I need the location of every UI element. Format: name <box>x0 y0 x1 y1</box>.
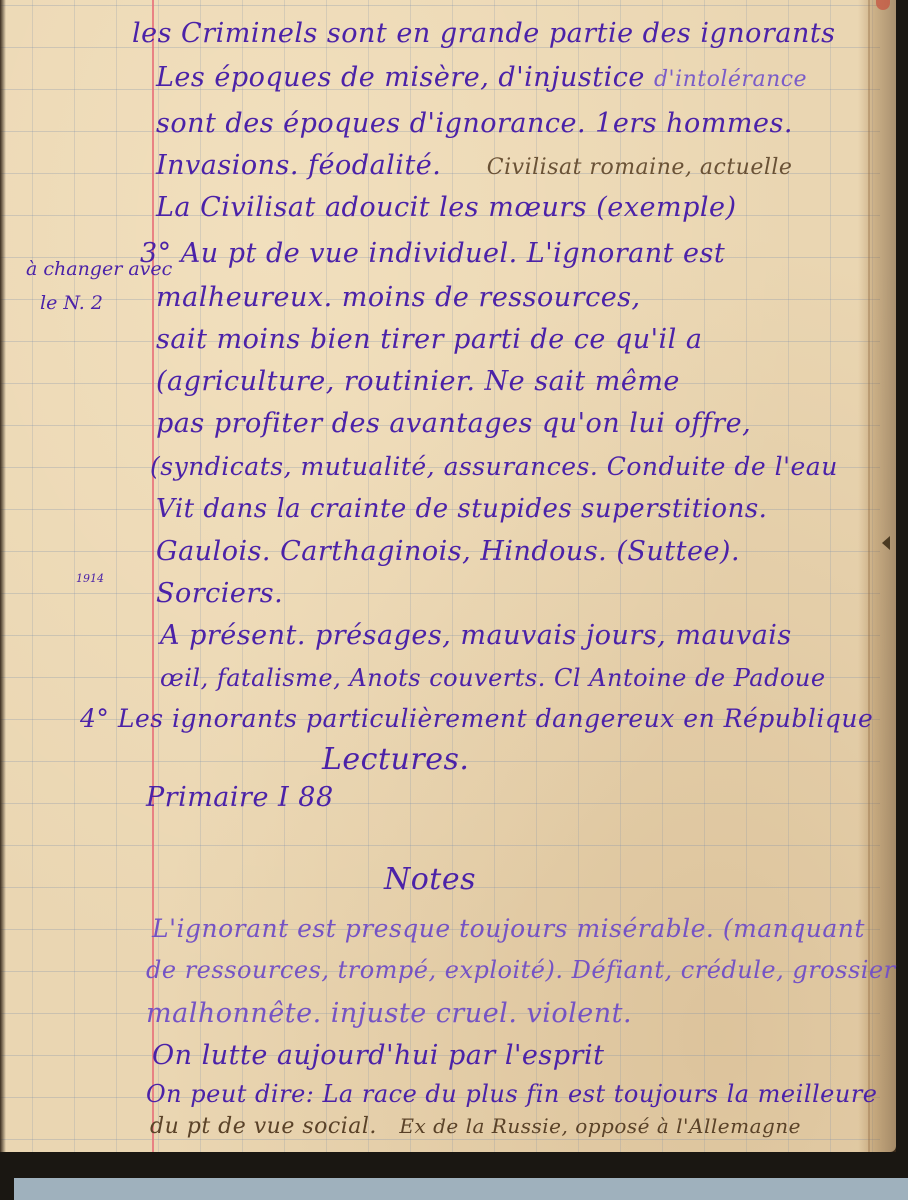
text-line-2-main: Les époques de misère, d'injustice <box>156 62 645 93</box>
text-line-16: œil, fatalisme, Anots couverts. Cl Antoi… <box>160 664 826 692</box>
notes-line-3: malhonnête. injuste cruel. violent. <box>146 998 632 1029</box>
background-surface <box>14 1178 908 1200</box>
text-line-5: La Civilisat adoucit les mœurs (exemple) <box>156 192 737 223</box>
text-line-7: malheureux. moins de ressources, <box>156 282 641 313</box>
text-line-12: Vit dans la crainte de stupides supersti… <box>156 494 767 524</box>
notes-line-6: du pt de vue social. Ex de la Russie, op… <box>150 1114 801 1139</box>
notes-line-2: de ressources, trompé, exploité). Défian… <box>146 956 896 984</box>
text-line-4-main: Invasions. féodalité. <box>156 150 441 181</box>
notes-line-1: L'ignorant est presque toujours misérabl… <box>152 914 865 943</box>
notes-line-5: On peut dire: La race du plus fin est to… <box>146 1080 878 1108</box>
text-line-4: Invasions. féodalité. Civilisat romaine,… <box>156 150 792 181</box>
margin-note-line2: le N. 2 <box>40 292 103 314</box>
heading-lectures: Lectures. <box>322 742 469 777</box>
text-line-11: (syndicats, mutualité, assurances. Condu… <box>150 452 838 481</box>
notes-line-4: On lutte aujourd'hui par l'esprit <box>152 1040 604 1071</box>
text-line-2-extra: d'intolérance <box>654 67 807 92</box>
margin-note-year: 1914 <box>76 572 104 585</box>
notebook-page: à changer avec le N. 2 1914 les Criminel… <box>0 0 896 1152</box>
text-line-4-extra: Civilisat romaine, actuelle <box>487 155 793 180</box>
text-line-2: Les époques de misère, d'injustice d'int… <box>156 62 807 93</box>
text-line-14: Sorciers. <box>156 578 283 609</box>
text-line-17: 4° Les ignorants particulièrement danger… <box>80 704 873 733</box>
notes-line-6-extra: Ex de la Russie, opposé à l'Allemagne <box>399 1114 801 1138</box>
text-line-1: les Criminels sont en grande partie des … <box>132 18 836 49</box>
text-line-9: (agriculture, routinier. Ne sait même <box>156 366 680 397</box>
text-line-10: pas profiter des avantages qu'on lui off… <box>156 408 751 439</box>
text-line-8: sait moins bien tirer parti de ce qu'il … <box>156 324 703 355</box>
text-line-13: Gaulois. Carthaginois, Hindous. (Suttee)… <box>156 536 740 567</box>
text-line-15: A présent. présages, mauvais jours, mauv… <box>160 620 792 651</box>
page-left-edge <box>0 0 6 1152</box>
text-line-6: 3° Au pt de vue individuel. L'ignorant e… <box>140 238 725 269</box>
reference-line: Primaire I 88 <box>146 782 334 813</box>
notes-line-6-main: du pt de vue social. <box>150 1114 377 1139</box>
heading-notes: Notes <box>384 862 476 897</box>
text-line-3: sont des époques d'ignorance. 1ers homme… <box>156 108 793 139</box>
